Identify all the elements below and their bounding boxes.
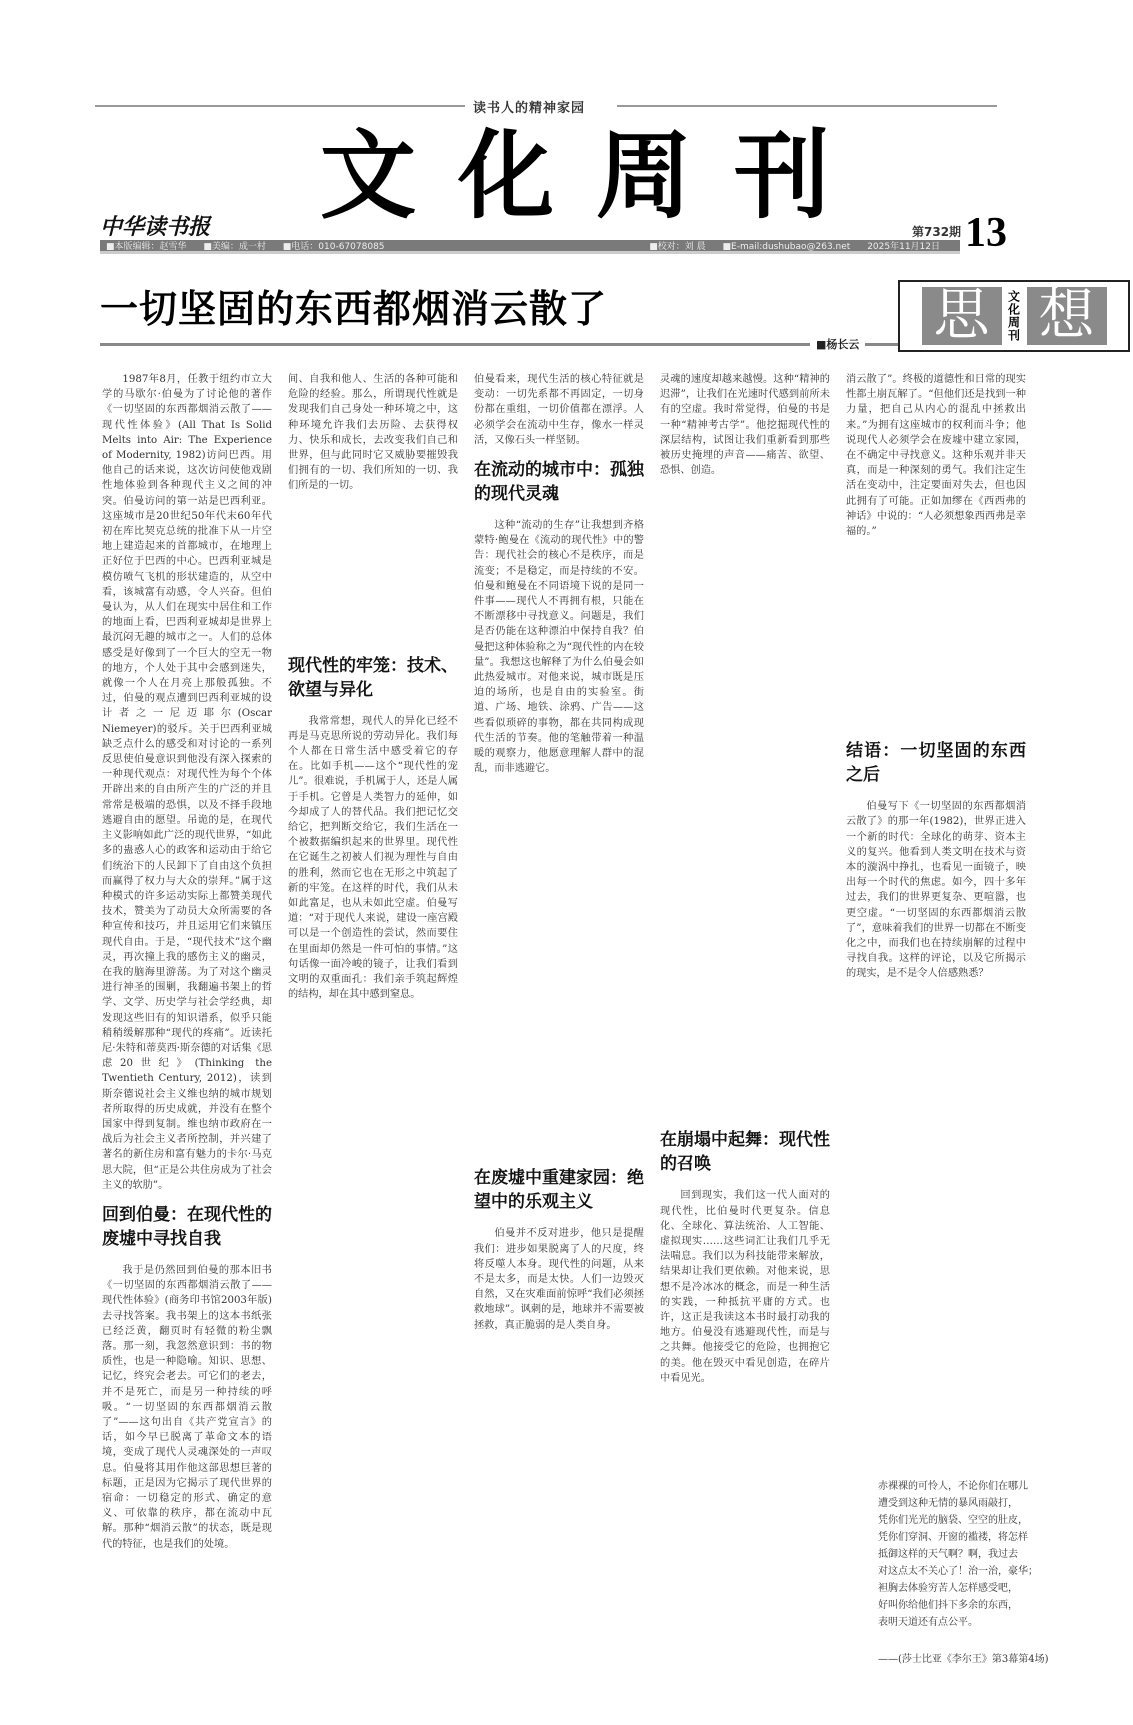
phone-number: ■电话：010-67078085 bbox=[283, 242, 385, 252]
publish-date: 2025年11月12日 bbox=[867, 242, 940, 252]
info-bar: ■本版编辑：赵雪华 ■美编：成一村 ■电话：010-67078085 ■校对：刘… bbox=[100, 240, 960, 254]
paragraph: 间、自我和他人、生活的各种可能和危险的经验。那么，所谓现代性就是发现我们自己身处… bbox=[288, 372, 458, 494]
quote-line: 抵御这样的天气啊？啊，我过去 bbox=[878, 1546, 1118, 1563]
info-bar-right: ■校对：刘 晨 ■E-mail:dushubao@263.net 2025年11… bbox=[649, 239, 954, 252]
article-column-1: 1987年8月，任教于纽约市立大学的马歇尔·伯曼为了讨论他的著作《一切坚固的东西… bbox=[102, 372, 272, 1682]
paragraph: 伯曼看来，现代生活的核心特征就是变动：一切先系都不再固定，一切身份都在重组，一切… bbox=[474, 372, 644, 448]
quote-line: 凭你们光光的脑袋、空空的肚皮， bbox=[878, 1512, 1118, 1529]
paragraph: 1987年8月，任教于纽约市立大学的马歇尔·伯曼为了讨论他的著作《一切坚固的东西… bbox=[102, 372, 272, 1193]
paragraph: 消云散了”。终极的道德性和日常的现实性都土崩瓦解了。“但他们还是找到一种力量，把… bbox=[846, 372, 1026, 539]
article-byline: ■杨长云 bbox=[810, 336, 865, 352]
editor-credit: ■本版编辑：赵雪华 bbox=[106, 242, 187, 252]
proofreader-credit: ■校对：刘 晨 bbox=[649, 242, 705, 252]
paragraph: 灵魂的速度却越来越慢。这种“精神的迟滞”，让我们在光速时代感到前所未有的空虚。我… bbox=[660, 372, 830, 478]
paragraph: 我于是仍然回到伯曼的那本旧书《一切坚固的东西都烟消云散了——现代性体验》(商务印… bbox=[102, 1263, 272, 1552]
info-bar-left: ■本版编辑：赵雪华 ■美编：成一村 ■电话：010-67078085 bbox=[106, 239, 399, 252]
section-heading: 在崩塌中起舞：现代性的召唤 bbox=[660, 1128, 830, 1176]
article-headline: 一切坚固的东西都烟消云散了 bbox=[100, 278, 607, 333]
header-slogan: 读书人的精神家园 bbox=[473, 97, 585, 116]
column-logo-left-char: 思 bbox=[922, 287, 1002, 345]
paper-logo: 中华读书报 bbox=[100, 210, 210, 241]
quote-line: 表明天道还有点公平。 bbox=[878, 1614, 1118, 1631]
article-column-3: 伯曼看来，现代生活的核心特征就是变动：一切先系都不再固定，一切身份都在重组，一切… bbox=[474, 372, 644, 1682]
header-rule-right bbox=[617, 105, 997, 107]
column-logo-label: 文化周刊 bbox=[1006, 290, 1023, 342]
section-heading: 回到伯曼：在现代性的废墟中寻找自我 bbox=[102, 1203, 272, 1251]
section-heading: 结语：一切坚固的东西之后 bbox=[846, 739, 1026, 787]
article-column-4: 灵魂的速度却越来越慢。这种“精神的迟滞”，让我们在光速时代感到前所未有的空虚。我… bbox=[660, 372, 830, 1682]
issue-number: 第732期 bbox=[912, 223, 961, 240]
email-link[interactable]: ■E-mail:dushubao@263.net bbox=[723, 242, 851, 252]
column-logo-right-char: 想 bbox=[1027, 287, 1107, 345]
quote-line: 对这点太不关心了！治一治，豪华； bbox=[878, 1563, 1118, 1580]
quote-line: 袒胸去体验穷苦人怎样感受吧， bbox=[878, 1580, 1118, 1597]
masthead-title: 文化周刊 bbox=[320, 128, 872, 224]
page-number: 13 bbox=[965, 212, 1007, 254]
section-heading: 在废墟中重建家园：绝望中的乐观主义 bbox=[474, 1166, 644, 1214]
paragraph: 伯曼并不反对进步，他只是提醒我们：进步如果脱离了人的尺度，终将反噬人本身。现代性… bbox=[474, 1226, 644, 1332]
paragraph: 伯曼写下《一切坚固的东西都烟消云散了》的那一年(1982)，世界正进入一个新的时… bbox=[846, 799, 1026, 981]
quote-line: 凭你们穿洞、开窗的褴褛，将怎样 bbox=[878, 1529, 1118, 1546]
section-heading: 现代性的牢笼：技术、欲望与异化 bbox=[288, 654, 458, 702]
article-column-2: 间、自我和他人、生活的各种可能和危险的经验。那么，所谓现代性就是发现我们自己身处… bbox=[288, 372, 458, 1682]
quote-line: 好叫你给他们抖下多余的东西， bbox=[878, 1597, 1118, 1614]
designer-credit: ■美编：成一村 bbox=[203, 242, 266, 252]
article-column-5: 消云散了”。终极的道德性和日常的现实性都土崩瓦解了。“但他们还是找到一种力量，把… bbox=[846, 372, 1026, 1472]
quote-line: 赤裸裸的可怜人，不论你们在哪儿 bbox=[878, 1478, 1118, 1495]
header-rule-left bbox=[95, 105, 465, 107]
column-logo: 思 文化周刊 想 bbox=[898, 280, 1130, 352]
paragraph: 回到现实，我们这一代人面对的现代性，比伯曼时代更复杂。信息化、全球化、算法统治、… bbox=[660, 1188, 830, 1386]
quote-source: ——(莎士比亚《李尔王》第3幕第4场) bbox=[878, 1651, 1118, 1668]
epigraph-quote: 赤裸裸的可怜人，不论你们在哪儿 遭受到这种无情的暴风雨敲打， 凭你们光光的脑袋、… bbox=[878, 1478, 1118, 1668]
paragraph: 这种“流动的生存”让我想到齐格蒙特·鲍曼在《流动的现代性》中的警告：现代社会的核… bbox=[474, 518, 644, 776]
paragraph: 我常常想，现代人的异化已经不再是马克思所说的劳动异化。我们每个人都在日常生活中感… bbox=[288, 714, 458, 1003]
section-heading: 在流动的城市中：孤独的现代灵魂 bbox=[474, 458, 644, 506]
quote-line: 遭受到这种无情的暴风雨敲打， bbox=[878, 1495, 1118, 1512]
